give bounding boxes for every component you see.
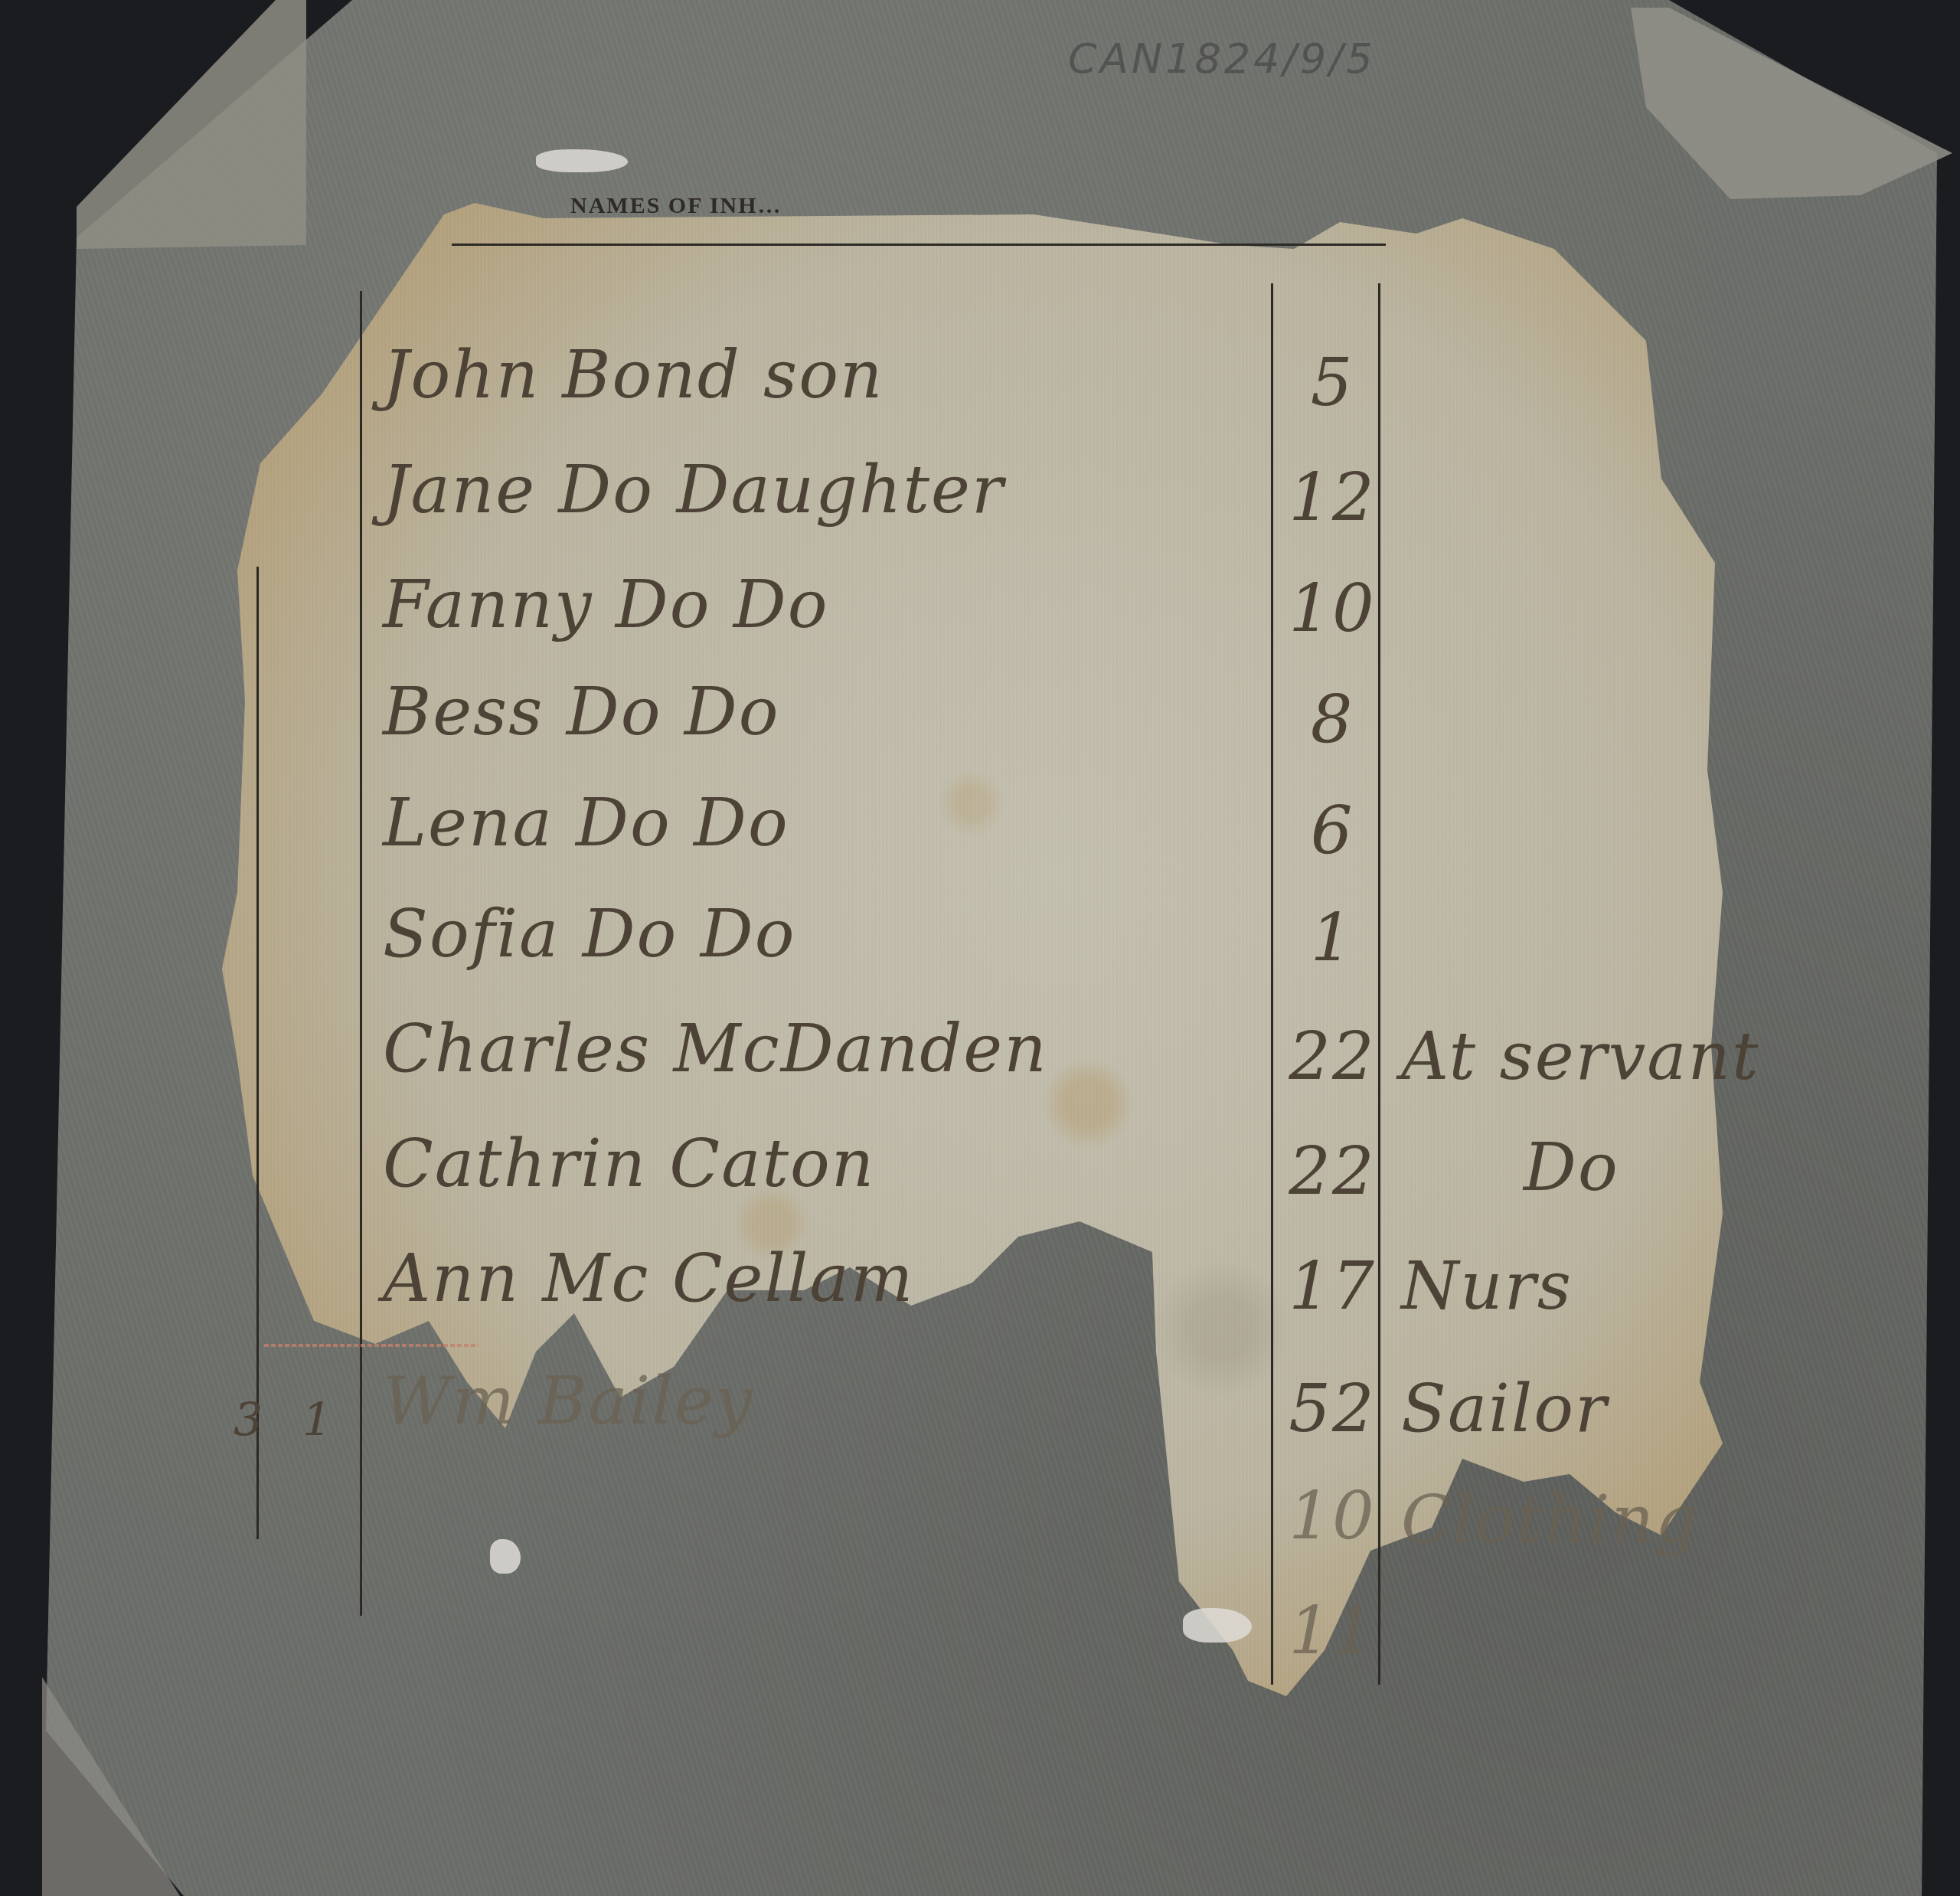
entry-name: Ann Mc Cellam xyxy=(383,1241,914,1317)
entry-name: John Bond son xyxy=(383,337,884,414)
entry-age: 6 xyxy=(1286,793,1378,869)
printed-column-header: NAMES OF INH… xyxy=(570,193,782,219)
entry-name: Charles McDanden xyxy=(383,1011,1048,1087)
age-column-left-rule xyxy=(1271,283,1273,1685)
entry-age: 11 xyxy=(1286,1593,1378,1669)
entry-name: Bess Do Do xyxy=(383,674,780,750)
entry-name: Lena Do Do xyxy=(383,785,789,861)
entry-age: 8 xyxy=(1286,682,1378,758)
entry-name: Jane Do Daughter xyxy=(383,452,1004,528)
paper-tear-white xyxy=(1183,1608,1252,1643)
header-rule xyxy=(452,244,1386,246)
paper-tear-white xyxy=(536,149,628,172)
entry-age: 10 xyxy=(1286,1478,1378,1554)
entry-age: 1 xyxy=(1286,900,1378,976)
entry-age: 5 xyxy=(1286,345,1378,421)
entry-name: Fanny Do Do xyxy=(383,567,829,643)
entry-age: 17 xyxy=(1286,1248,1378,1325)
entry-age: 52 xyxy=(1286,1371,1378,1447)
entry-remark: Sailor xyxy=(1401,1371,1608,1447)
name-column-rule xyxy=(360,291,362,1616)
entry-age: 22 xyxy=(1286,1133,1378,1210)
entry-name: Sofia Do Do xyxy=(383,896,795,973)
paper-tear-white xyxy=(490,1539,521,1574)
margin-tally: 1 xyxy=(302,1394,333,1447)
entry-age: 22 xyxy=(1286,1018,1378,1095)
entry-age: 12 xyxy=(1286,459,1378,536)
red-ink-rule xyxy=(264,1344,479,1347)
entry-name: Wm Bailey xyxy=(383,1363,753,1440)
entry-name: Cathrin Caton xyxy=(383,1126,875,1202)
margin-tally: 3 xyxy=(234,1394,264,1447)
entry-remark: At servant xyxy=(1401,1018,1759,1095)
entry-age: 10 xyxy=(1286,570,1378,647)
tissue-fold-top-left xyxy=(77,0,306,253)
age-column-right-rule xyxy=(1378,283,1380,1685)
entry-remark: Clothing xyxy=(1401,1482,1699,1558)
entry-remark: Do xyxy=(1524,1129,1619,1206)
accession-mark: CAN1824/9/5 xyxy=(1068,34,1376,83)
entry-remark: Nurs xyxy=(1401,1248,1573,1325)
